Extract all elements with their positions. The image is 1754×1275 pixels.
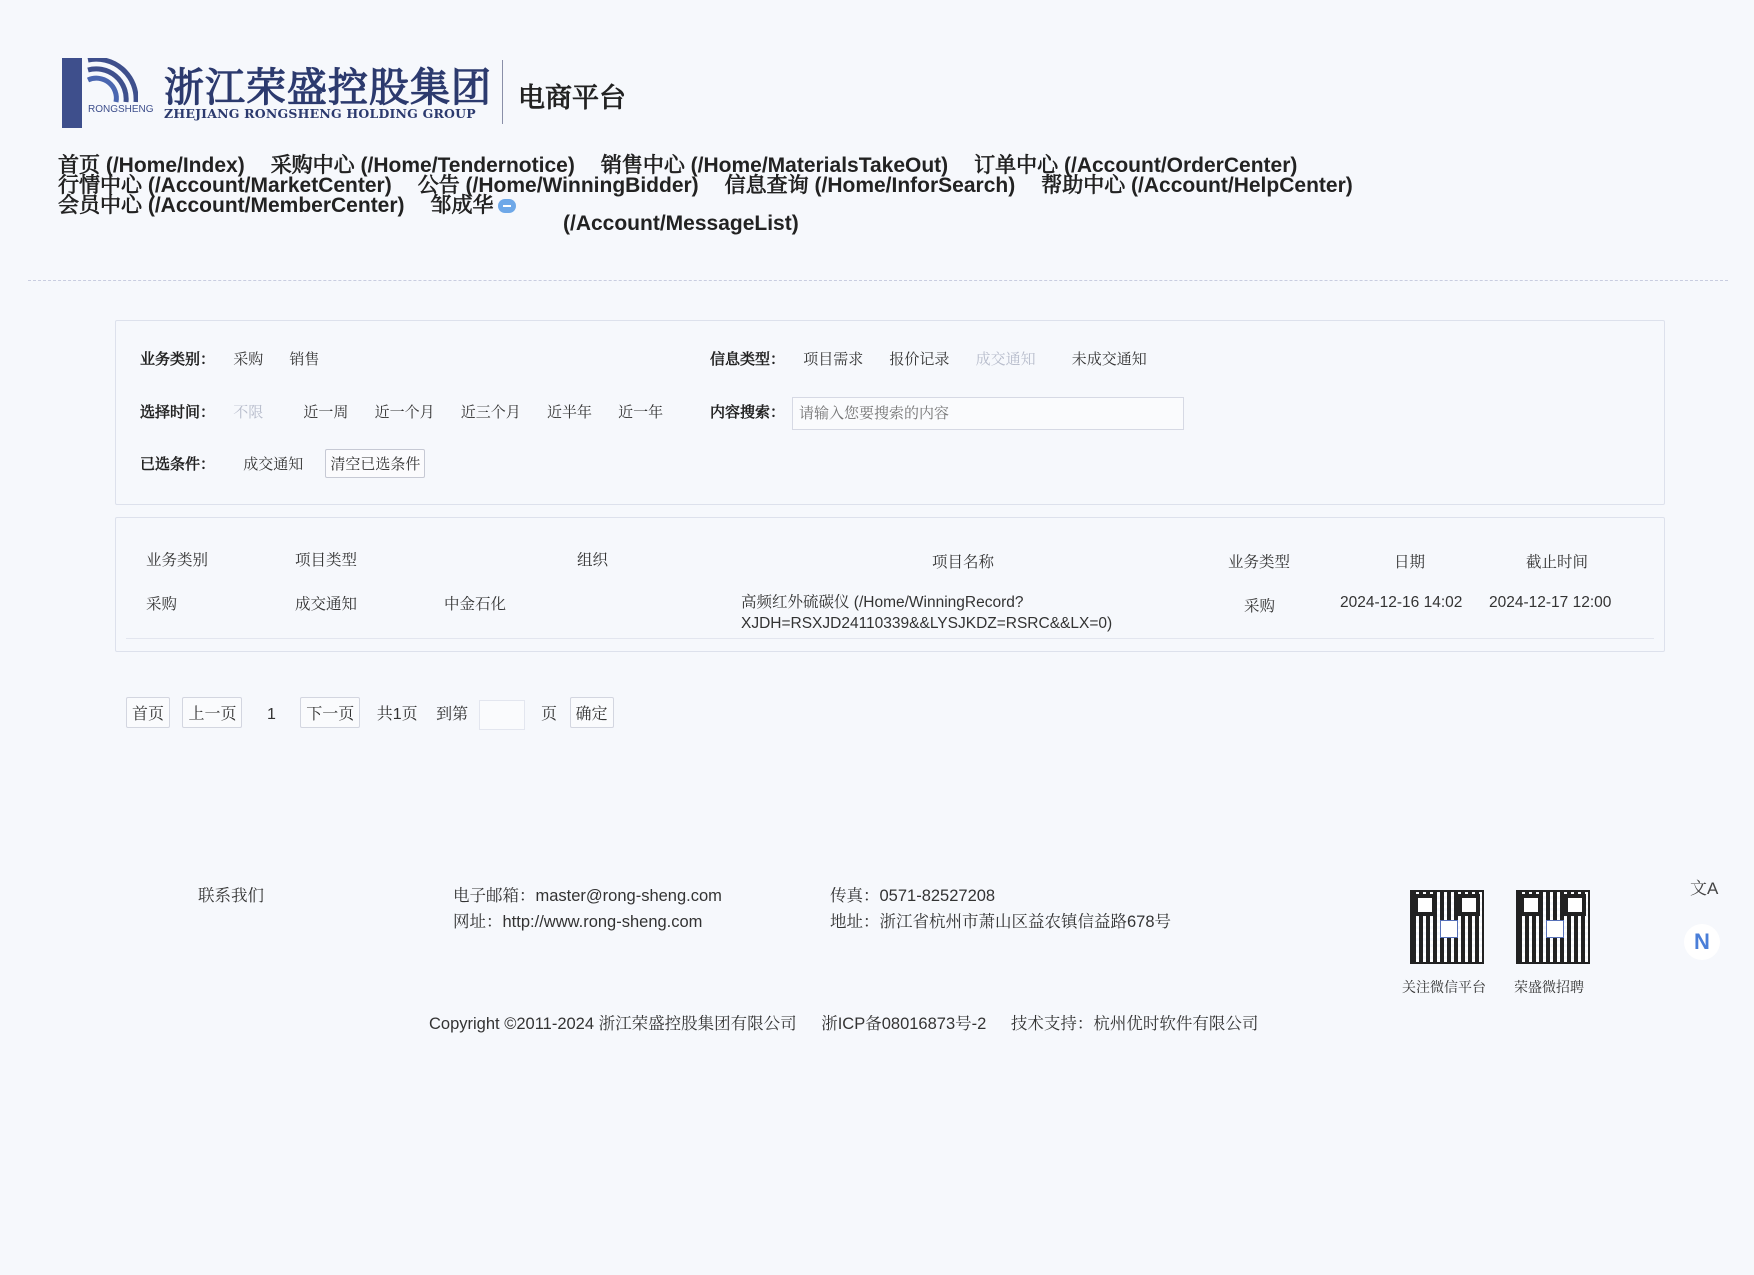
- footer-fax: 传真：0571-82527208: [830, 882, 995, 906]
- time-option-week[interactable]: 近一周: [303, 404, 348, 421]
- info-option-demand[interactable]: 项目需求: [803, 351, 863, 368]
- nav-line-2: 行情中心 (/Account/MarketCenter)公告 (/Home/Wi…: [58, 176, 1558, 196]
- nav-info-search[interactable]: 信息查询 (/Home/InforSearch): [725, 174, 1016, 197]
- qr-logo-icon: [1546, 920, 1564, 938]
- cell-date: 2024-12-16 14:02: [1340, 594, 1462, 612]
- header-date: 日期: [1394, 550, 1425, 572]
- nav-line-1: 首页 (/Home/Index)采购中心 (/Home/Tendernotice…: [58, 156, 1558, 176]
- nav-line-3: 会员中心 (/Account/MemberCenter)邹成华: [58, 196, 1558, 216]
- info-type-label: 信息类型：: [710, 351, 785, 368]
- results-table: 业务类别 项目类型 组织 项目名称 业务类型 日期 截止时间 采购 成交通知 中…: [115, 517, 1665, 652]
- wechat-platform-qr-code: [1410, 890, 1484, 964]
- footer-copyright-line: Copyright ©2011-2024 浙江荣盛控股集团有限公司 浙ICP备0…: [429, 1010, 1258, 1034]
- logo-small-text: RONGSHENG: [88, 104, 154, 115]
- copyright-text: Copyright ©2011-2024 浙江荣盛控股集团有限公司: [429, 1015, 797, 1033]
- qr2-label: 荣盛微招聘: [1514, 977, 1584, 997]
- info-option-quote[interactable]: 报价记录: [889, 351, 949, 368]
- current-page[interactable]: 1: [267, 706, 276, 724]
- selected-label: 已选条件：: [140, 456, 215, 473]
- time-option-3months[interactable]: 近三个月: [461, 404, 521, 421]
- info-option-no-deal[interactable]: 未成交通知: [1072, 351, 1147, 368]
- platform-title: 电商平台: [518, 76, 626, 115]
- header-organization: 组织: [577, 548, 608, 570]
- nav-member[interactable]: 会员中心 (/Account/MemberCenter): [58, 194, 405, 217]
- cell-project-name-link[interactable]: 高频红外硫碳仪 (/Home/WinningRecord?XJDH=RSXJD2…: [741, 592, 1161, 634]
- company-name-cn: 浙江荣盛控股集团: [164, 56, 492, 113]
- icp-number[interactable]: 浙ICP备08016873号-2: [821, 1015, 986, 1033]
- business-option-purchase[interactable]: 采购: [233, 351, 263, 368]
- company-name-en: ZHEJIANG RONGSHENG HOLDING GROUP: [164, 106, 476, 121]
- tech-support: 技术支持：杭州优时软件有限公司: [1011, 1015, 1259, 1033]
- clear-conditions-button[interactable]: 清空已选条件: [325, 449, 425, 478]
- time-option-all[interactable]: 不限: [233, 404, 263, 421]
- header-project-name: 项目名称: [932, 550, 994, 572]
- info-type-filter: 信息类型： 项目需求 报价记录 成交通知 未成交通知: [710, 348, 1169, 369]
- time-option-month[interactable]: 近一个月: [375, 404, 435, 421]
- goto-prefix: 到第: [436, 701, 468, 724]
- header-project-type: 项目类型: [295, 548, 357, 570]
- selected-conditions: 已选条件： 成交通知 清空已选条件: [140, 449, 425, 478]
- nav-message-list[interactable]: (/Account/MessageList): [563, 214, 1532, 234]
- filter-panel: 业务类别： 采购 销售 信息类型： 项目需求 报价记录 成交通知 未成交通知 选…: [115, 320, 1665, 505]
- chat-bubble-icon[interactable]: [498, 199, 516, 213]
- qr1-label: 关注微信平台: [1402, 977, 1486, 997]
- search-filter-label-row: 内容搜索：: [710, 401, 799, 422]
- logo-separator: [502, 60, 503, 124]
- recruitment-qr-code: [1516, 890, 1590, 964]
- confirm-goto-button[interactable]: 确定: [570, 697, 614, 728]
- header-deadline: 截止时间: [1526, 550, 1588, 572]
- cell-project-type: 成交通知: [295, 592, 357, 614]
- translate-icon[interactable]: 文A: [1690, 874, 1718, 899]
- logo-signal-icon: [86, 58, 138, 104]
- business-option-sales[interactable]: 销售: [289, 351, 319, 368]
- first-page-button[interactable]: 首页: [126, 697, 170, 728]
- row-divider: [126, 638, 1654, 639]
- network-graph-icon[interactable]: N: [1684, 924, 1720, 960]
- total-pages: 共1页: [377, 701, 418, 724]
- pagination: 首页 上一页 1 下一页 共1页 到第 页 确定: [126, 697, 622, 730]
- goto-page-input[interactable]: [479, 700, 525, 730]
- nav-help[interactable]: 帮助中心 (/Account/HelpCenter): [1041, 174, 1353, 197]
- search-input[interactable]: [792, 397, 1184, 430]
- info-option-deal[interactable]: 成交通知: [976, 351, 1036, 368]
- time-option-halfyear[interactable]: 近半年: [547, 404, 592, 421]
- time-option-year[interactable]: 近一年: [618, 404, 663, 421]
- next-page-button[interactable]: 下一页: [300, 697, 360, 728]
- cell-business-type: 采购: [1244, 594, 1275, 616]
- footer-email[interactable]: 电子邮箱：master@rong-sheng.com: [453, 882, 722, 906]
- business-category-label: 业务类别：: [140, 351, 215, 368]
- time-label: 选择时间：: [140, 404, 215, 421]
- company-logo[interactable]: RONGSHENG 浙江荣盛控股集团 ZHEJIANG RONGSHENG HO…: [62, 56, 642, 130]
- prev-page-button[interactable]: 上一页: [182, 697, 242, 728]
- header-business-category: 业务类别: [146, 548, 208, 570]
- footer-contact-title: 联系我们: [198, 882, 264, 906]
- time-filter: 选择时间： 不限 近一周 近一个月 近三个月 近半年 近一年: [140, 401, 685, 422]
- cell-business-category: 采购: [146, 592, 177, 614]
- header-divider: [28, 280, 1728, 281]
- nav-user[interactable]: 邹成华: [431, 194, 494, 217]
- search-label: 内容搜索：: [710, 404, 785, 421]
- footer-address: 地址：浙江省杭州市萧山区益农镇信益路678号: [830, 908, 1171, 932]
- cell-organization: 中金石化: [444, 592, 506, 614]
- business-category-filter: 业务类别： 采购 销售: [140, 348, 341, 369]
- footer-website[interactable]: 网址：http://www.rong-sheng.com: [453, 908, 702, 932]
- goto-suffix: 页: [541, 701, 557, 724]
- header-business-type: 业务类型: [1228, 550, 1290, 572]
- logo-bar-icon: [62, 58, 82, 128]
- main-nav: 首页 (/Home/Index)采购中心 (/Home/Tendernotice…: [58, 156, 1558, 234]
- selected-condition-tag[interactable]: 成交通知: [243, 456, 303, 473]
- cell-deadline: 2024-12-17 12:00: [1489, 594, 1611, 612]
- qr-logo-icon: [1440, 920, 1458, 938]
